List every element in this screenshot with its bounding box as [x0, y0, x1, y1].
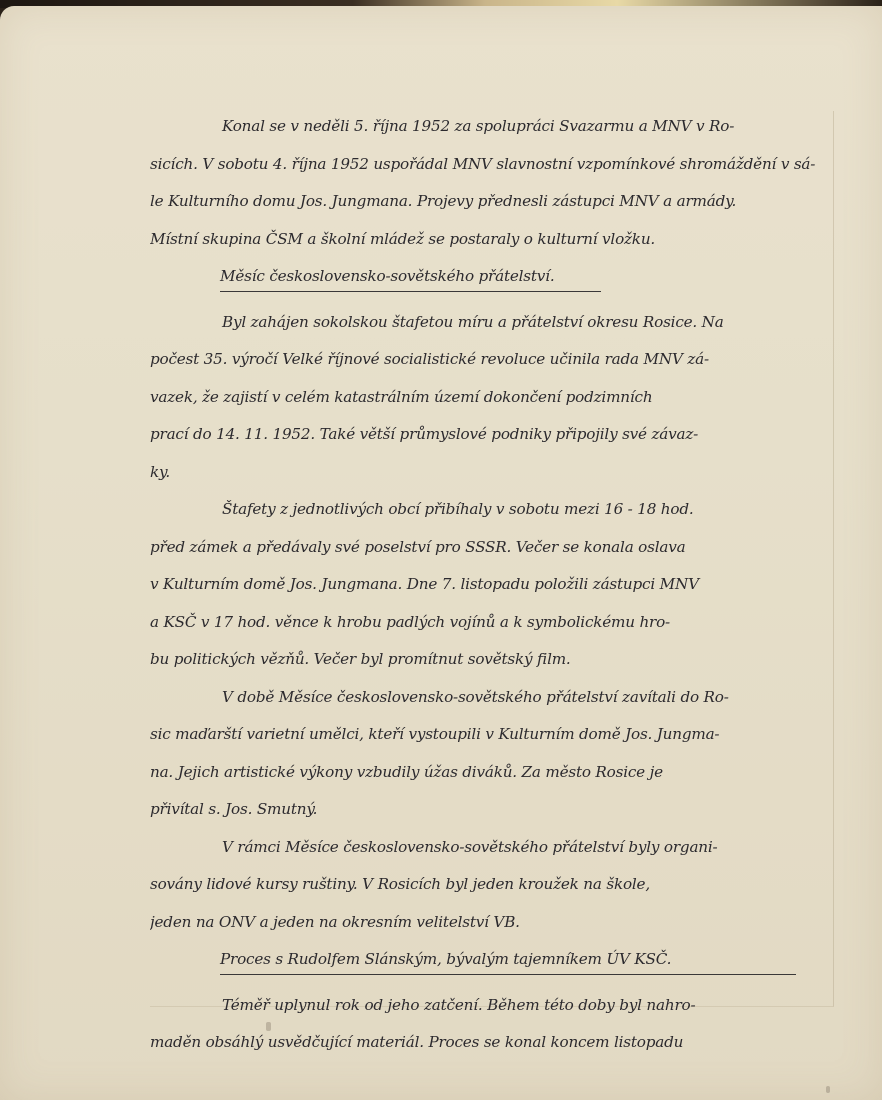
text-line: le Kulturního domu Jos. Jungmana. Projev…	[150, 183, 830, 221]
text-line: přivítal s. Jos. Smutný.	[150, 791, 830, 829]
text-line: jeden na ONV a jeden na okresním velitel…	[150, 904, 830, 942]
section-heading-text: Proces s Rudolfem Slánským, bývalým taje…	[220, 944, 796, 975]
section-heading: Proces s Rudolfem Slánským, bývalým taje…	[150, 941, 830, 979]
text-line: před zámek a předávaly své poselství pro…	[150, 529, 830, 567]
text-line: Byl zahájen sokolskou štafetou míru a př…	[150, 304, 830, 342]
text-line: a KSČ v 17 hod. věnce k hrobu padlých vo…	[150, 604, 830, 642]
text-line: sic maďarští varietní umělci, kteří vyst…	[150, 716, 830, 754]
text-line: Téměř uplynul rok od jeho zatčení. Během…	[150, 987, 830, 1025]
text-line: maděn obsáhlý usvědčující materiál. Proc…	[150, 1024, 830, 1062]
text-line: ky.	[150, 454, 830, 492]
text-line: V době Měsíce československo-sovětského …	[150, 679, 830, 717]
text-line: počest 35. výročí Velké říjnové socialis…	[150, 341, 830, 379]
text-line: Místní skupina ČSM a školní mládež se po…	[150, 221, 830, 259]
text-line: sovány lidové kursy ruštiny. V Rosicích …	[150, 866, 830, 904]
section-heading: Měsíc československo-sovětského přátelst…	[150, 258, 830, 296]
text-line: prací do 14. 11. 1952. Také větší průmys…	[150, 416, 830, 454]
paper-spot	[826, 1086, 830, 1093]
text-line: bu politických vězňů. Večer byl promítnu…	[150, 641, 830, 679]
text-line: vazek, že zajistí v celém katastrálním ú…	[150, 379, 830, 417]
handwritten-text-block: Konal se v neděli 5. října 1952 za spolu…	[150, 108, 830, 1062]
text-line: Konal se v neděli 5. října 1952 za spolu…	[150, 108, 830, 146]
text-line: v Kulturním domě Jos. Jungmana. Dne 7. l…	[150, 566, 830, 604]
section-heading-text: Měsíc československo-sovětského přátelst…	[220, 261, 601, 292]
text-line: sicích. V sobotu 4. října 1952 uspořádal…	[150, 146, 830, 184]
text-line: Štafety z jednotlivých obcí přibíhaly v …	[150, 491, 830, 529]
text-line: V rámci Měsíce československo-sovětského…	[150, 829, 830, 867]
text-line: na. Jejich artistické výkony vzbudily úž…	[150, 754, 830, 792]
